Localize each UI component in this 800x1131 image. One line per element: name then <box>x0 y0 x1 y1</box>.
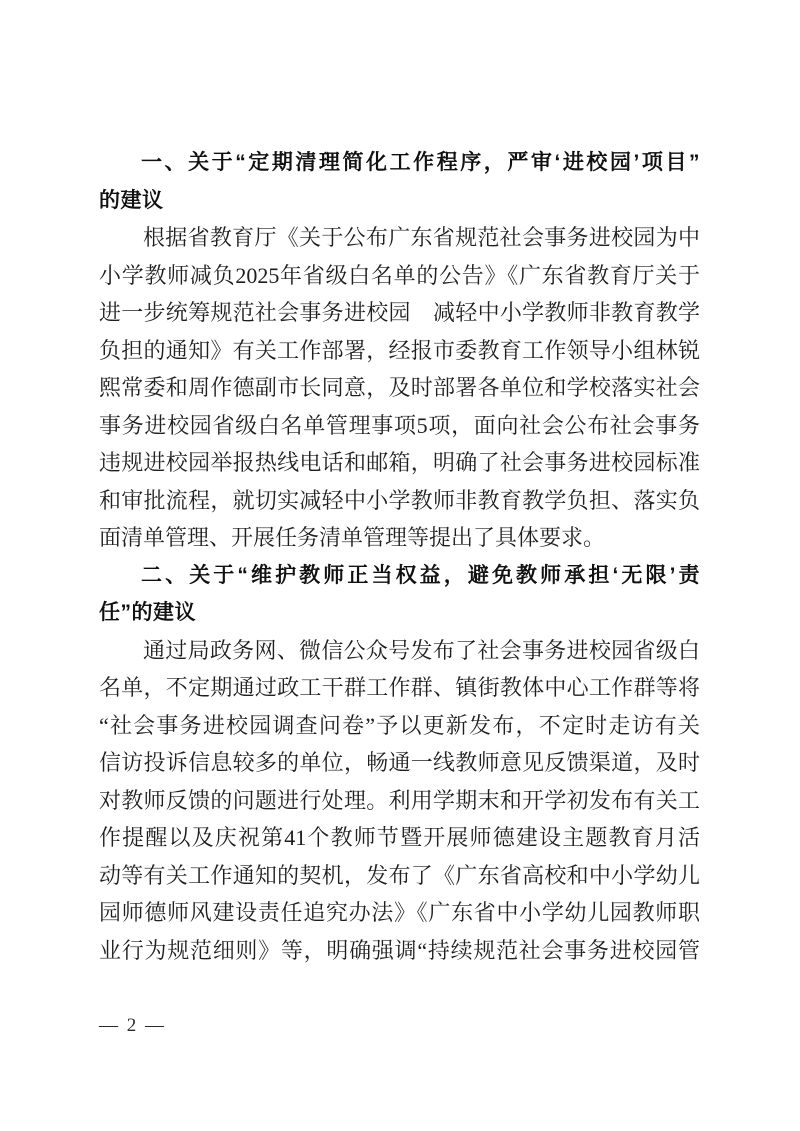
text-line: 作提醒以及庆祝第41个教师节暨开展师德建设主题教育月活 <box>99 819 700 857</box>
text-line: 事务进校园省级白名单管理事项5项，面向社会公布社会事务 <box>99 407 700 445</box>
text-line: 对教师反馈的问题进行处理。利用学期末和开学初发布有关工 <box>99 782 700 820</box>
text-line: 一、关于“定期清理简化工作程序，严审‘进校园’项目” <box>99 144 700 182</box>
text-line: 动等有关工作通知的契机，发布了《广东省高校和中小学幼儿 <box>99 857 700 895</box>
section-2-heading: 二、关于“维护教师正当权益，避免教师承担‘无限’责任”的建议 <box>99 557 700 632</box>
text-line: 根据省教育厅《关于公布广东省规范社会事务进校园为中 <box>99 219 700 257</box>
text-line: 和审批流程，就切实减轻中小学教师非教育教学负担、落实负 <box>99 482 700 520</box>
section-1-heading: 一、关于“定期清理简化工作程序，严审‘进校园’项目”的建议 <box>99 144 700 219</box>
text-line: “社会事务进校园调查问卷”予以更新发布，不定时走访有关 <box>99 707 700 745</box>
text-line: 园师德师风建设责任追究办法》《广东省中小学幼儿园教师职 <box>99 894 700 932</box>
text-line: 熙常委和周作德副市长同意，及时部署各单位和学校落实社会 <box>99 369 700 407</box>
section-1-paragraph: 根据省教育厅《关于公布广东省规范社会事务进校园为中小学教师减负2025年省级白名… <box>99 219 700 557</box>
text-line: 信访投诉信息较多的单位，畅通一线教师意见反馈渠道，及时 <box>99 744 700 782</box>
text-line: 任”的建议 <box>99 594 700 632</box>
text-line: 业行为规范细则》等，明确强调“持续规范社会事务进校园管 <box>99 932 700 970</box>
text-line: 二、关于“维护教师正当权益，避免教师承担‘无限’责 <box>99 557 700 595</box>
document-page: 一、关于“定期清理简化工作程序，严审‘进校园’项目”的建议根据省教育厅《关于公布… <box>0 0 800 1131</box>
text-line: 负担的通知》有关工作部署，经报市委教育工作领导小组林锐 <box>99 332 700 370</box>
text-line: 通过局政务网、微信公众号发布了社会事务进校园省级白 <box>99 632 700 670</box>
text-line: 名单，不定期通过政工干群工作群、镇街教体中心工作群等将 <box>99 669 700 707</box>
text-line: 面清单管理、开展任务清单管理等提出了具体要求。 <box>99 519 700 557</box>
document-content: 一、关于“定期清理简化工作程序，严审‘进校园’项目”的建议根据省教育厅《关于公布… <box>99 144 700 969</box>
text-line: 小学教师减负2025年省级白名单的公告》《广东省教育厅关于 <box>99 257 700 295</box>
section-2-paragraph: 通过局政务网、微信公众号发布了社会事务进校园省级白名单，不定期通过政工干群工作群… <box>99 632 700 970</box>
text-line: 违规进校园举报热线电话和邮箱，明确了社会事务进校园标准 <box>99 444 700 482</box>
text-line: 进一步统筹规范社会事务进校园 减轻中小学教师非教育教学 <box>99 294 700 332</box>
page-number: — 2 — <box>99 1014 166 1038</box>
text-line: 的建议 <box>99 182 700 220</box>
